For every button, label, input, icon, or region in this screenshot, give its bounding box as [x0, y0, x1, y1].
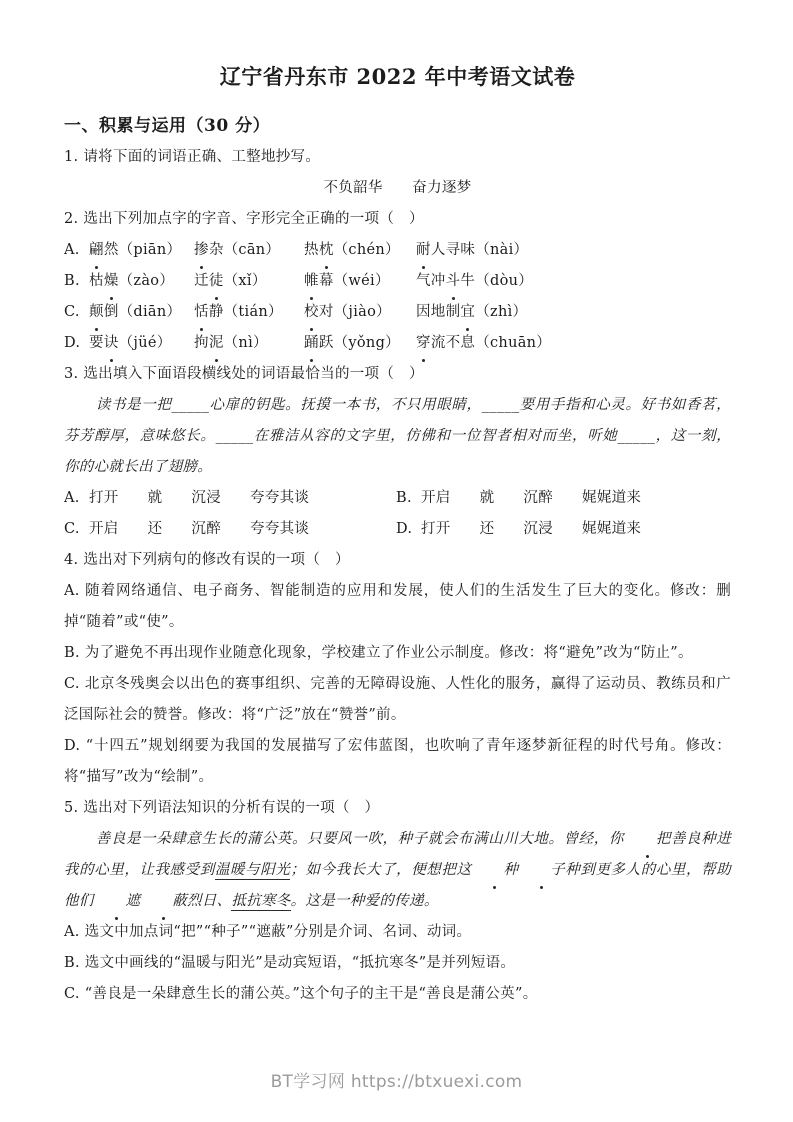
q3-option-d-words: 打开还沉浸娓娓道来 — [421, 514, 641, 545]
q1-stem: 1. 请将下面的词语正确、工整地抄写。 — [64, 142, 731, 173]
q2-option-b-word-2: 迁徒（xǐ） — [194, 266, 304, 297]
q3-option-d: D. 打开还沉浸娓娓道来 — [396, 514, 731, 545]
q2-option-b: B. 枯燥（zào） 迁徒（xǐ） 帷幕（wéi） 气冲斗牛（dòu） — [64, 266, 731, 297]
q2-option-d: D. 要诀（jüé） 拘泥（nì） 踊跃（yǒng） 穿流不息（chuān） — [64, 328, 731, 359]
q4-option-c: C. 北京冬残奥会以出色的赛事组织、完善的无障碍设施、人性化的服务，赢得了运动员… — [64, 669, 731, 731]
q3-option-a-words: 打开就沉浸夸夸其谈 — [89, 483, 309, 514]
page-content: 辽宁省丹东市 2022 年中考语文试卷 一、积累与运用（30 分） 1. 请将下… — [0, 0, 793, 1010]
q2-option-c-label: C. — [64, 297, 89, 328]
q2-option-a: A. 翩然（piān） 掺杂（cān） 热枕（chén） 耐人寻味（nài） — [64, 235, 731, 266]
q2-option-b-label: B. — [64, 266, 89, 297]
exam-paper-page: 辽宁省丹东市 2022 年中考语文试卷 一、积累与运用（30 分） 1. 请将下… — [0, 0, 793, 1122]
q1-copy-words: 不负韶华 奋力逐梦 — [64, 173, 731, 204]
q2-option-a-word-1: 翩然（piān） — [89, 235, 194, 266]
q4-stem: 4. 选出对下列病句的修改有误的一项（ ） — [64, 545, 731, 576]
q5-option-c: C. “善良是一朵肆意生长的蒲公英。”这个句子的主干是“善良是蒲公英”。 — [64, 979, 731, 1010]
footer-watermark-text: BT学习网 https://btxuexi.com — [271, 1072, 523, 1092]
q3-options-row-1: A. 打开就沉浸夸夸其谈 B. 开启就沉醉娓娓道来 — [64, 483, 731, 514]
footer-watermark: BT学习网 https://btxuexi.com — [0, 1067, 793, 1092]
q2-option-c-word-1: 颠倒（diān） — [89, 297, 194, 328]
q2-option-d-word-4: 穿流不息（chuān） — [416, 328, 551, 359]
q2-stem: 2. 选出下列加点字的字音、字形完全正确的一项（ ） — [64, 204, 731, 235]
q5-passage: 善良是一朵肆意生长的蒲公英。只要风一吹，种子就会布满山川大地。曾经，你把善良种进… — [64, 824, 731, 917]
q2-option-b-word-4: 气冲斗牛（dòu） — [416, 266, 533, 297]
q5-option-a: A. 选文中加点词“把”“种子”“遮蔽”分别是介词、名词、动词。 — [64, 917, 731, 948]
q3-option-c-label: C. — [64, 514, 89, 545]
q2-option-d-word-3: 踊跃（yǒng） — [304, 328, 416, 359]
q3-stem: 3. 选出填入下面语段横线处的词语最恰当的一项（ ） — [64, 359, 731, 390]
q3-option-a: A. 打开就沉浸夸夸其谈 — [64, 483, 396, 514]
q2-option-a-word-2: 掺杂（cān） — [194, 235, 304, 266]
q2-option-d-word-2: 拘泥（nì） — [194, 328, 304, 359]
q3-option-c-words: 开启还沉醉夸夸其谈 — [89, 514, 309, 545]
q2-option-d-word-1: 要诀（jüé） — [89, 328, 194, 359]
q2-option-b-word-3: 帷幕（wéi） — [304, 266, 416, 297]
q3-option-b-label: B. — [396, 483, 421, 514]
q4-option-d: D. “十四五”规划纲要为我国的发展描写了宏伟蓝图，也吹响了青年逐梦新征程的时代… — [64, 731, 731, 793]
q2-option-d-label: D. — [64, 328, 89, 359]
q3-option-a-label: A. — [64, 483, 89, 514]
q5-option-b: B. 选文中画线的“温暖与阳光”是动宾短语，“抵抗寒冬”是并列短语。 — [64, 948, 731, 979]
q2-option-c-word-2: 恬静（tián） — [194, 297, 304, 328]
page-title: 辽宁省丹东市 2022 年中考语文试卷 — [64, 62, 731, 92]
q2-option-a-word-3: 热枕（chén） — [304, 235, 416, 266]
q2-option-a-label: A. — [64, 235, 89, 266]
q3-option-d-label: D. — [396, 514, 421, 545]
q4-option-b: B. 为了避免不再出现作业随意化现象，学校建立了作业公示制度。修改：将“避免”改… — [64, 638, 731, 669]
q3-option-c: C. 开启还沉醉夸夸其谈 — [64, 514, 396, 545]
q3-options-row-2: C. 开启还沉醉夸夸其谈 D. 打开还沉浸娓娓道来 — [64, 514, 731, 545]
q4-option-a: A. 随着网络通信、电子商务、智能制造的应用和发展，使人们的生活发生了巨大的变化… — [64, 576, 731, 638]
q3-option-b: B. 开启就沉醉娓娓道来 — [396, 483, 731, 514]
q5-stem: 5. 选出对下列语法知识的分析有误的一项（ ） — [64, 793, 731, 824]
q2-option-a-word-4: 耐人寻味（nài） — [416, 235, 528, 266]
q2-option-c: C. 颠倒（diān） 恬静（tián） 校对（jiào） 因地制宜（zhì） — [64, 297, 731, 328]
q2-option-b-word-1: 枯燥（zào） — [89, 266, 194, 297]
q3-option-b-words: 开启就沉醉娓娓道来 — [421, 483, 641, 514]
q2-option-c-word-3: 校对（jiào） — [304, 297, 416, 328]
section-heading: 一、积累与运用（30 分） — [64, 110, 731, 142]
q3-passage: 读书是一把_____心扉的钥匙。抚摸一本书，不只用眼睛，_____要用手指和心灵… — [64, 390, 731, 483]
q2-option-c-word-4: 因地制宜（zhì） — [416, 297, 527, 328]
